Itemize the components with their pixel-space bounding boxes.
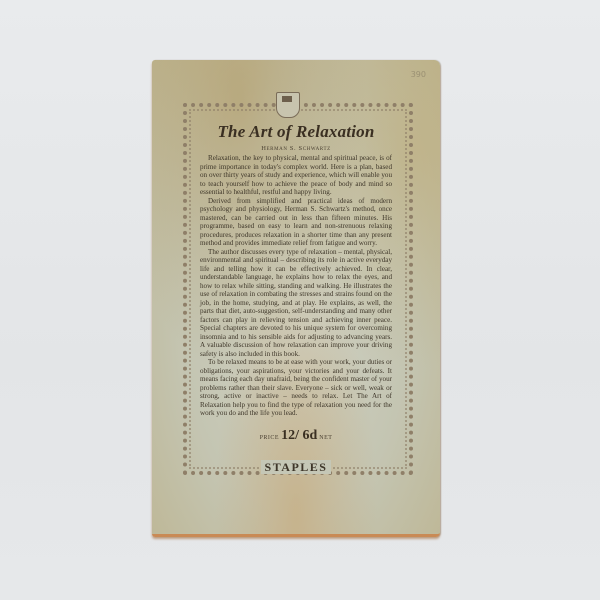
book-back-cover: 390 The Art of Relaxation Herman S. Schw… — [152, 60, 440, 537]
pencil-mark: 390 — [411, 70, 426, 79]
crest-icon — [276, 92, 300, 118]
blurb-paragraph: The author discusses every type of relax… — [200, 248, 392, 359]
publisher-name: STAPLES — [261, 460, 332, 474]
price-prefix: PRICE — [260, 435, 280, 441]
price-suffix: NET — [319, 435, 332, 441]
price-amount: 12/ 6d — [281, 428, 317, 443]
blurb-paragraph: Relaxation, the key to physical, mental … — [200, 154, 392, 197]
book-title: The Art of Relaxation — [200, 122, 392, 142]
blurb-paragraph: To be relaxed means to be at ease with y… — [200, 358, 392, 418]
author-name: Herman S. Schwartz — [200, 145, 392, 152]
blurb-paragraph: Derived from simplified and practical id… — [200, 197, 392, 248]
cover-text-block: The Art of Relaxation Herman S. Schwartz… — [200, 122, 392, 444]
price-line: PRICE 12/ 6d NET — [200, 428, 392, 444]
publisher-imprint: STAPLES — [152, 458, 440, 476]
